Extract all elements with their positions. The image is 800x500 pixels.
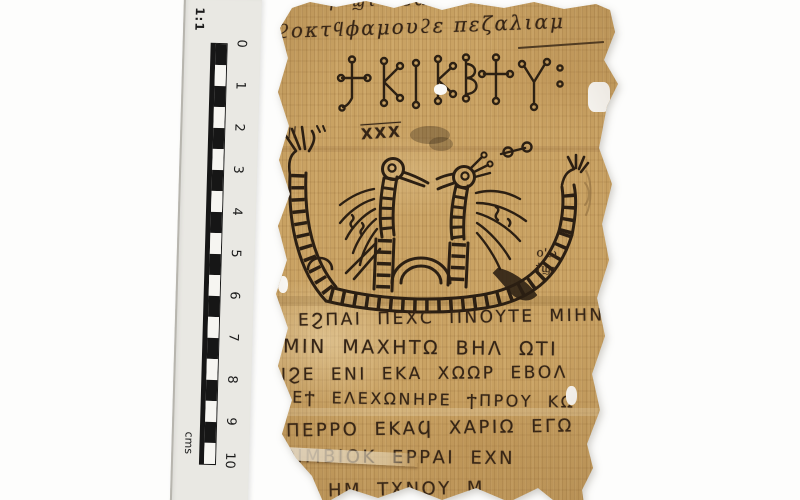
- bird-boat-drawing: [280, 123, 600, 313]
- scale-tick-6: 6: [225, 285, 242, 305]
- scale-bar: [199, 43, 228, 465]
- scale-bar-segment: [209, 254, 221, 275]
- scale-bar-segment: [213, 107, 225, 128]
- margin-note-line-1: ο'ω: [536, 245, 558, 261]
- papyrus-loss-spot: [278, 276, 288, 293]
- scale-bar-segment: [210, 233, 222, 254]
- scale-bar-segment: [215, 65, 227, 86]
- papyrus-wrap: ρ ϣι πεαϥϥα κ — ϩοκτϥϕαμουϩε πεζαλιαμ: [266, 0, 628, 500]
- scale-bar-segment: [205, 422, 217, 443]
- scale-bar-segment: [206, 380, 218, 401]
- coptic-text-line-1: ΕϨΠΑΙ ΠΕΧ̄C ΠΝΟΥΤΕ ΜΙΗΝ: [298, 305, 605, 330]
- scale-bar-segment: [210, 212, 222, 233]
- xxx-overlined-mark: ΧΧΧ: [360, 123, 402, 144]
- scale-tick-9: 9: [222, 411, 239, 431]
- scale-bar-segment: [212, 170, 224, 191]
- coptic-text-line-7: ΗΜ ΤΧΝΟΥ Μ: [328, 478, 485, 500]
- ink-overbar-stroke: [518, 41, 604, 49]
- papyrus-loss-spot: [566, 386, 577, 405]
- scale-ratio-label: 1:1: [192, 7, 207, 32]
- scale-bar-segment: [207, 317, 219, 338]
- margin-note-line-2: †ϣϧ: [535, 260, 557, 276]
- papyrus-loss-spot: [434, 84, 447, 95]
- scale-bar-segment: [212, 149, 224, 170]
- coptic-text-line-5: ΠΕΡΡΟ ΕΚΑϤ ΧΑΡΙΩ ΕΓΩ: [286, 415, 574, 441]
- scale-bar-segment: [211, 191, 223, 212]
- scale-tick-0: 0: [232, 33, 249, 53]
- scale-tick-3: 3: [229, 159, 246, 179]
- cursive-text-line-1: ρ ϣι πεαϥϥα κ —: [330, 0, 523, 12]
- papyrus-fragment: ρ ϣι πεαϥϥα κ — ϩοκτϥϕαμουϩε πεζαλιαμ: [266, 0, 628, 500]
- margin-annotation: ο'ω †ϣϧ: [535, 245, 558, 276]
- scale-tick-8: 8: [223, 369, 240, 389]
- scale-bar-segment: [214, 86, 226, 107]
- scale-tick-4: 4: [228, 201, 245, 221]
- charakteres-ring-letters: [338, 54, 568, 116]
- scale-bar-segment: [215, 44, 227, 65]
- scale-tick-7: 7: [224, 327, 241, 347]
- cursive-text-line-2: ϩοκτϥϕαμουϩε πεζαλιαμ: [278, 9, 566, 44]
- scale-bar-segment: [209, 275, 221, 296]
- scale-bar-segment: [213, 128, 225, 149]
- photo-stage: 1:1 0 1 2 3 4 5 6 7 8 9 10 cms ρ ϣι πεαϥ…: [0, 0, 800, 500]
- coptic-text-line-2: ΜΙΝ ΜΑΧΗΤΩ ΒΗΛ ΩΤΙ: [283, 336, 558, 361]
- scale-tick-10: 10: [221, 450, 238, 470]
- scale-bar-segment: [205, 401, 217, 422]
- scale-bar-segment: [204, 443, 216, 464]
- scale-bar-segment: [206, 359, 218, 380]
- scale-tick-2: 2: [230, 117, 247, 137]
- scale-bar-segment: [208, 296, 220, 317]
- coptic-text-line-3: ΙϨΕ ΕΝΙ ΕΚΑ ΧΩΩΡ ΕΒΟΛ: [281, 363, 568, 386]
- scale-bar-segment: [207, 338, 219, 359]
- scale-tick-1: 1: [231, 75, 248, 95]
- scale-unit-label: cms: [182, 431, 196, 454]
- scale-strip: 1:1 0 1 2 3 4 5 6 7 8 9 10 cms: [170, 0, 262, 500]
- papyrus-loss-spot: [588, 82, 610, 112]
- scale-tick-5: 5: [227, 243, 244, 263]
